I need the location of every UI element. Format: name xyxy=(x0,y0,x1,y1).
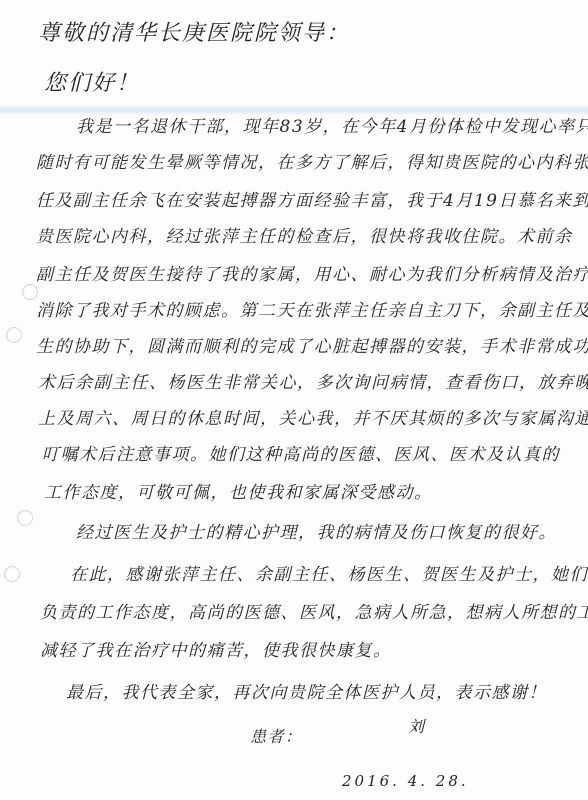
letter-line: 经过医生及护士的精心护理，我的病情及伤口恢复的很好。 xyxy=(76,518,557,543)
greeting: 您们好！ xyxy=(44,66,140,97)
punch-hole xyxy=(6,327,22,343)
letter-line: 在此，感谢张萍主任、余副主任、杨医生、贺医生及护士，她们认真 xyxy=(70,560,588,585)
letter-line: 我是一名退休干部，现年83岁，在今年4月份体检中发现心率只有38次， xyxy=(76,112,588,137)
signature: 刘 xyxy=(408,714,426,737)
letter-date: 2016. 4. 28. xyxy=(342,772,469,790)
letter-line: 减轻了我在治疗中的痛苦，使我很快康复。 xyxy=(40,636,392,661)
letter-line: 工作态度，可敬可佩，也使我和家属深受感动。 xyxy=(44,478,433,503)
letter-line: 任及副主任余飞在安装起搏器方面经验丰富，我于4月19日慕名来到 xyxy=(36,186,588,211)
punch-hole xyxy=(4,566,20,582)
signature-label: 患者： xyxy=(250,724,303,747)
letter-line: 副主任及贺医生接待了我的家属，用心、耐心为我们分析病情及治疗方案， xyxy=(36,260,588,285)
salutation: 尊敬的清华长庚医院院领导： xyxy=(38,16,350,47)
scanned-letter-page: 尊敬的清华长庚医院院领导： 您们好！ 我是一名退休干部，现年83岁，在今年4月份… xyxy=(0,0,588,800)
punch-hole xyxy=(17,510,33,526)
letter-line: 生的协助下，圆满而顺利的完成了心脏起搏器的安装，手术非常成功。 xyxy=(36,332,588,357)
letter-line: 负责的工作态度，高尚的医德、医风，急病人所急，想病人所想的工作理念， xyxy=(40,598,588,623)
letter-line: 消除了我对手术的顾虑。第二天在张萍主任亲自主刀下，余副主任及其他医 xyxy=(36,296,588,321)
letter-line: 最后，我代表全家，再次向贵院全体医护人员，表示感谢！ xyxy=(66,678,547,703)
letter-line: 术后余副主任、杨医生非常关心，多次询问病情，查看伤口，放弃晚 xyxy=(38,368,588,393)
letter-line: 贵医院心内科，经过张萍主任的检查后，很快将我收住院。术前余 xyxy=(36,222,573,247)
letter-line: 上及周六、周日的休息时间，关心我，并不厌其烦的多次与家属沟通， xyxy=(38,404,588,429)
letter-line: 随时有可能发生晕厥等情况，在多方了解后，得知贵医院的心内科张萍主 xyxy=(36,148,588,173)
letter-line: 叮嘱术后注意事项。她们这种高尚的医德、医风、医术及认真的 xyxy=(42,440,560,465)
